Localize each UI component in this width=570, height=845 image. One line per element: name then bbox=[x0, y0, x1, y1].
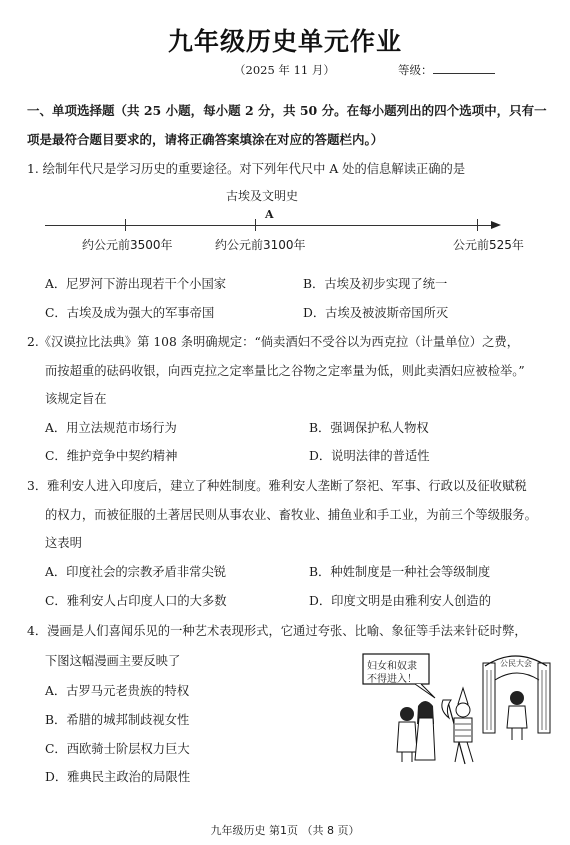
question-4-stem-line2: 下图这幅漫画主要反映了 bbox=[45, 651, 180, 669]
question-4-stem-line1: 4．漫画是人们喜闻乐见的一种艺术表现形式，它通过夸张、比喻、象征等手法来针砭时弊… bbox=[27, 621, 527, 639]
q1-option-a[interactable]: A．尼罗河下游出现若干个小国家 bbox=[45, 274, 226, 292]
grade-blank-line bbox=[433, 73, 495, 74]
q2-option-a[interactable]: A．用立法规范市场行为 bbox=[45, 418, 177, 436]
q2-option-b[interactable]: B．强调保护私人物权 bbox=[309, 418, 429, 436]
q1-option-b[interactable]: B．古埃及初步实现了统一 bbox=[303, 274, 447, 292]
q3-option-d[interactable]: D．印度文明是由雅利安人创造的 bbox=[309, 591, 491, 609]
question-2-stem-line1: 2.《汉谟拉比法典》第 108 条明确规定：“倘卖酒妇不受谷以为西克拉（计量单位… bbox=[27, 332, 519, 350]
timeline-label-2: 约公元前3100年 bbox=[215, 236, 306, 253]
timeline-tick-1 bbox=[125, 219, 126, 231]
timeline-label-1: 约公元前3500年 bbox=[82, 236, 173, 253]
q2-option-d[interactable]: D．说明法律的普适性 bbox=[309, 446, 430, 464]
grade-label: 等级： bbox=[398, 62, 433, 78]
assignment-date: （2025 年 11 月） bbox=[234, 62, 335, 78]
q2-option-c[interactable]: C．维护竞争中契约精神 bbox=[45, 446, 177, 464]
timeline-tick-2 bbox=[255, 219, 256, 231]
q3-option-c[interactable]: C．雅利安人占印度人口的大多数 bbox=[45, 591, 227, 609]
timeline-axis bbox=[45, 225, 493, 226]
question-1-stem: 1. 绘制年代尺是学习历史的重要途径。对下列年代尺中 A 处的信息解读正确的是 bbox=[27, 159, 465, 177]
q4-option-c[interactable]: C．西欧骑士阶层权力巨大 bbox=[45, 739, 190, 757]
question-3-stem-line1: 3．雅利安人进入印度后，建立了种姓制度。雅利安人垄断了祭祀、军事、行政以及征收赋… bbox=[27, 476, 527, 494]
q4-option-a[interactable]: A．古罗马元老贵族的特权 bbox=[45, 681, 189, 699]
q4-option-d[interactable]: D．雅典民主政治的局限性 bbox=[45, 767, 190, 785]
arch-sign: 公民大会 bbox=[500, 658, 532, 669]
q4-option-b[interactable]: B．希腊的城邦制歧视女性 bbox=[45, 710, 189, 728]
q1-option-c[interactable]: C．古埃及成为强大的军事帝国 bbox=[45, 303, 214, 321]
q3-option-b[interactable]: B．种姓制度是一种社会等级制度 bbox=[309, 562, 490, 580]
timeline-label-3: 公元前525年 bbox=[453, 236, 524, 253]
question-3-stem-line3: 这表明 bbox=[45, 533, 82, 551]
question-2-stem-line3: 该规定旨在 bbox=[45, 389, 107, 407]
section-heading-line1: 一、单项选择题（共 25 小题，每小题 2 分，共 50 分。在每小题列出的四个… bbox=[27, 101, 547, 119]
cartoon-figure: 妇女和奴隶 不得进入！ 公民大会 bbox=[355, 648, 555, 768]
question-2-stem-line2: 而按超重的砝码收银，向西克拉之定率量比之谷物之定率量为低，则此卖酒妇应被检举。” bbox=[45, 361, 525, 379]
speech-bubble-line2: 不得进入！ bbox=[367, 670, 417, 685]
timeline-tick-3 bbox=[477, 219, 478, 231]
page-footer: 九年级历史 第1页 （共 8 页） bbox=[0, 822, 570, 838]
q1-option-d[interactable]: D．古埃及被波斯帝国所灭 bbox=[303, 303, 448, 321]
section-heading-line2: 项是最符合题目要求的，请将正确答案填涂在对应的答题栏内。） bbox=[27, 130, 383, 148]
timeline-marker-a: A bbox=[265, 208, 274, 221]
arrow-right-icon bbox=[491, 221, 501, 229]
page-title: 九年级历史单元作业 bbox=[0, 22, 570, 58]
q3-option-a[interactable]: A．印度社会的宗教矛盾非常尖锐 bbox=[45, 562, 226, 580]
timeline-title: 古埃及文明史 bbox=[226, 187, 298, 204]
question-3-stem-line2: 的权力，而被征服的土著居民则从事农业、畜牧业、捕鱼业和手工业，为前三个等级服务。 bbox=[45, 505, 537, 523]
